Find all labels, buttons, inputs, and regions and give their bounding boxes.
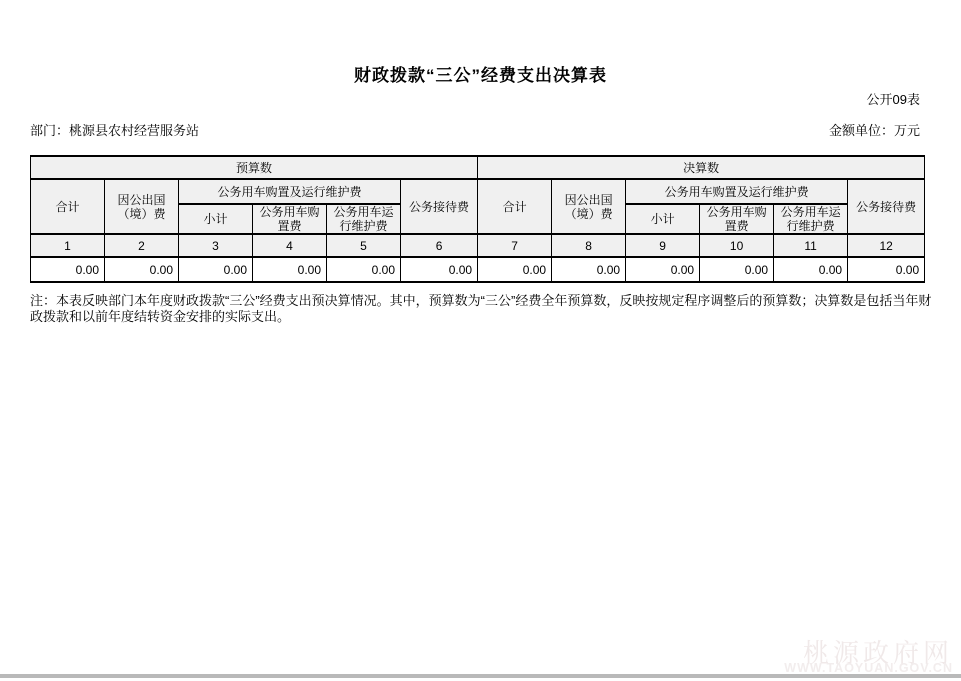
- header-maintenance-budget-line2: 行维护费: [339, 219, 387, 233]
- column-number-9: 9: [626, 234, 700, 257]
- value-cell-5: 0.00: [327, 257, 401, 282]
- value-cell-4: 0.00: [253, 257, 327, 282]
- department-label: 部门：桃源县农村经营服务站: [30, 120, 199, 139]
- header-subtotal-final: 小计: [626, 204, 700, 234]
- header-purchase-final-line1: 公务用车购: [707, 205, 767, 219]
- column-number-7: 7: [478, 234, 552, 257]
- value-cell-12: 0.00: [848, 257, 925, 282]
- header-maintenance-final-line2: 行维护费: [787, 219, 835, 233]
- header-vehicle-group-final: 公务用车购置及运行维护费: [626, 179, 848, 204]
- value-cell-9: 0.00: [626, 257, 700, 282]
- section-final: 决算数: [478, 156, 925, 179]
- form-code-label: 公开09表: [867, 89, 920, 108]
- bottom-divider-bar: [0, 674, 961, 678]
- column-number-8: 8: [552, 234, 626, 257]
- header-purchase-final: 公务用车购置费: [700, 204, 774, 234]
- value-cell-6: 0.00: [401, 257, 478, 282]
- column-number-5: 5: [327, 234, 401, 257]
- header-abroad-final: 因公出国（境）费: [552, 179, 626, 234]
- value-cell-2: 0.00: [105, 257, 179, 282]
- column-number-3: 3: [179, 234, 253, 257]
- column-number-6: 6: [401, 234, 478, 257]
- value-cell-3: 0.00: [179, 257, 253, 282]
- header-abroad-budget: 因公出国（境）费: [105, 179, 179, 234]
- value-cell-1: 0.00: [31, 257, 105, 282]
- header-purchase-budget-line1: 公务用车购: [259, 205, 319, 219]
- header-maintenance-final-line1: 公务用车运: [781, 205, 841, 219]
- three-public-expense-table: 预算数 决算数 合计 因公出国（境）费 公务用车购置及运行维护费 公务接待费 合…: [30, 155, 925, 283]
- table-note: 注：本表反映部门本年度财政拨款“三公”经费支出预决算情况。其中，预算数为“三公”…: [30, 293, 933, 324]
- header-purchase-final-line2: 置费: [725, 219, 749, 233]
- header-maintenance-budget: 公务用车运行维护费: [327, 204, 401, 234]
- header-total-budget: 合计: [31, 179, 105, 234]
- header-reception-final: 公务接待费: [848, 179, 925, 234]
- header-total-final: 合计: [478, 179, 552, 234]
- header-purchase-budget-line2: 置费: [277, 219, 301, 233]
- header-abroad-final-line1: 因公出国: [565, 193, 613, 207]
- header-reception-budget: 公务接待费: [401, 179, 478, 234]
- value-cell-10: 0.00: [700, 257, 774, 282]
- header-abroad-budget-line1: 因公出国: [117, 193, 165, 207]
- value-cell-7: 0.00: [478, 257, 552, 282]
- column-number-2: 2: [105, 234, 179, 257]
- watermark-url: WWW.TAOYUAN.GOV.CN: [784, 661, 953, 675]
- value-cell-8: 0.00: [552, 257, 626, 282]
- header-row-top: 合计 因公出国（境）费 公务用车购置及运行维护费 公务接待费 合计 因公出国（境…: [31, 179, 925, 204]
- section-budget: 预算数: [31, 156, 478, 179]
- header-abroad-final-line2: （境）费: [565, 207, 613, 221]
- amount-unit-label: 金额单位：万元: [829, 120, 920, 139]
- column-number-4: 4: [253, 234, 327, 257]
- header-abroad-budget-line2: （境）费: [117, 207, 165, 221]
- section-header-row: 预算数 决算数: [31, 156, 925, 179]
- value-row: 0.00 0.00 0.00 0.00 0.00 0.00 0.00 0.00 …: [31, 257, 925, 282]
- column-number-1: 1: [31, 234, 105, 257]
- column-number-row: 1 2 3 4 5 6 7 8 9 10 11 12: [31, 234, 925, 257]
- header-maintenance-budget-line1: 公务用车运: [333, 205, 393, 219]
- column-number-11: 11: [774, 234, 848, 257]
- header-purchase-budget: 公务用车购置费: [253, 204, 327, 234]
- column-number-10: 10: [700, 234, 774, 257]
- column-number-12: 12: [848, 234, 925, 257]
- header-subtotal-budget: 小计: [179, 204, 253, 234]
- page-title: 财政拨款“三公”经费支出决算表: [0, 61, 961, 86]
- value-cell-11: 0.00: [774, 257, 848, 282]
- header-maintenance-final: 公务用车运行维护费: [774, 204, 848, 234]
- header-vehicle-group-budget: 公务用车购置及运行维护费: [179, 179, 401, 204]
